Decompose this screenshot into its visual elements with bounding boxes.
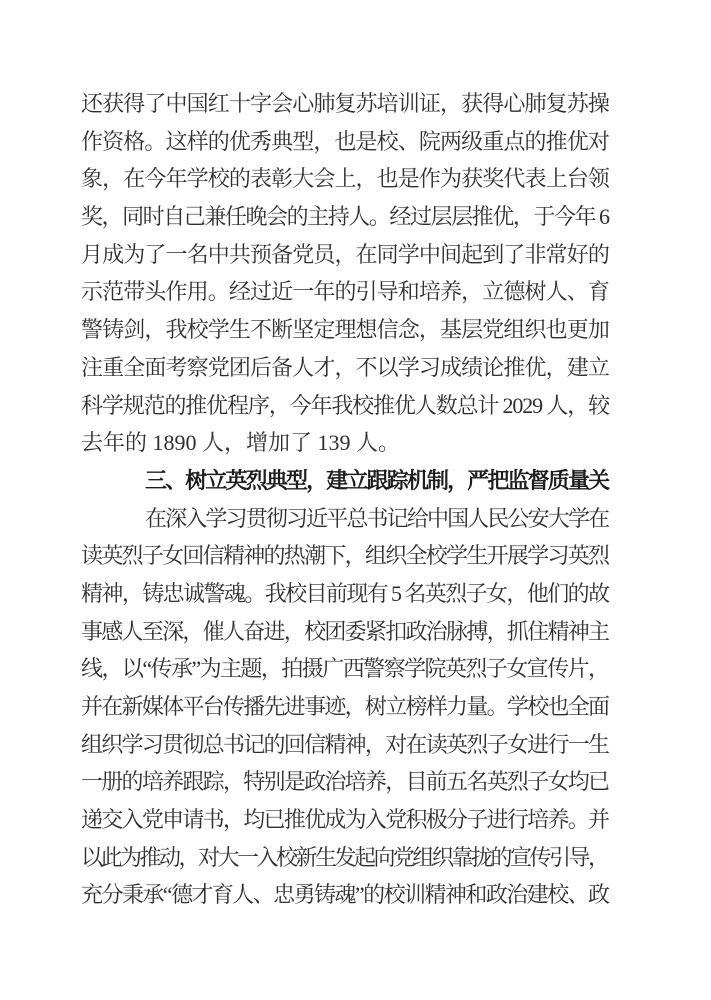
body-line: 月成为了一名中共预备党员，在同学中间起到了非常好的 bbox=[81, 236, 610, 274]
body-line: 读英烈子女回信精神的热潮下，组织全校学生开展学习英烈 bbox=[81, 537, 610, 575]
body-line: 警铸剑，我校学生不断坚定理想信念，基层党组织也更加 bbox=[81, 311, 610, 349]
paragraph-first-line: 在深入学习贯彻习近平总书记给中国人民公安大学在 bbox=[145, 500, 610, 538]
body-line: 充分秉承“德才育人、忠勇铸魂”的校训精神和政治建校、政 bbox=[81, 876, 610, 914]
body-line: 事感人至深，催人奋进，校团委紧扣政治脉搏，抓住精神主 bbox=[81, 613, 610, 651]
body-line: 科学规范的推优程序，今年我校推优人数总计 2029 人，较 bbox=[81, 387, 610, 425]
section-heading: 三、树立英烈典型，建立跟踪机制，严把监督质量关 bbox=[145, 462, 610, 500]
body-line: 组织学习贯彻总书记的回信精神，对在读英烈子女进行一生 bbox=[81, 726, 610, 764]
body-line: 注重全面考察党团后备人才，不以学习成绩论推优，建立 bbox=[81, 349, 610, 387]
body-line: 线，以“传承”为主题，拍摄广西警察学院英烈子女宣传片， bbox=[81, 650, 610, 688]
body-line: 并在新媒体平台传播先进事迹，树立榜样力量。学校也全面 bbox=[81, 688, 610, 726]
body-line: 精神，铸忠诚警魂。我校目前现有 5 名英烈子女，他们的故 bbox=[81, 575, 610, 613]
paragraph-last-line: 去年的 1890 人，增加了 139 人。 bbox=[81, 424, 610, 462]
body-line: 奖，同时自己兼任晚会的主持人。经过层层推优，于今年 6 bbox=[81, 198, 610, 236]
document-page: 还获得了中国红十字会心肺复苏培训证，获得心肺复苏操 作资格。这样的优秀典型，也是… bbox=[0, 0, 711, 1000]
body-line: 还获得了中国红十字会心肺复苏培训证，获得心肺复苏操 bbox=[81, 85, 610, 123]
document-text-block: 还获得了中国红十字会心肺复苏培训证，获得心肺复苏操 作资格。这样的优秀典型，也是… bbox=[81, 85, 610, 914]
body-line: 作资格。这样的优秀典型，也是校、院两级重点的推优对 bbox=[81, 123, 610, 161]
body-line: 象，在今年学校的表彰大会上，也是作为获奖代表上台领 bbox=[81, 160, 610, 198]
body-line: 一册的培养跟踪，特别是政治培养，目前五名英烈子女均已 bbox=[81, 763, 610, 801]
body-line: 递交入党申请书，均已推优成为入党积极分子进行培养。并 bbox=[81, 801, 610, 839]
body-line: 示范带头作用。经过近一年的引导和培养，立德树人、育 bbox=[81, 273, 610, 311]
body-line: 以此为推动，对大一入校新生发起向党组织靠拢的宣传引导， bbox=[81, 839, 610, 877]
